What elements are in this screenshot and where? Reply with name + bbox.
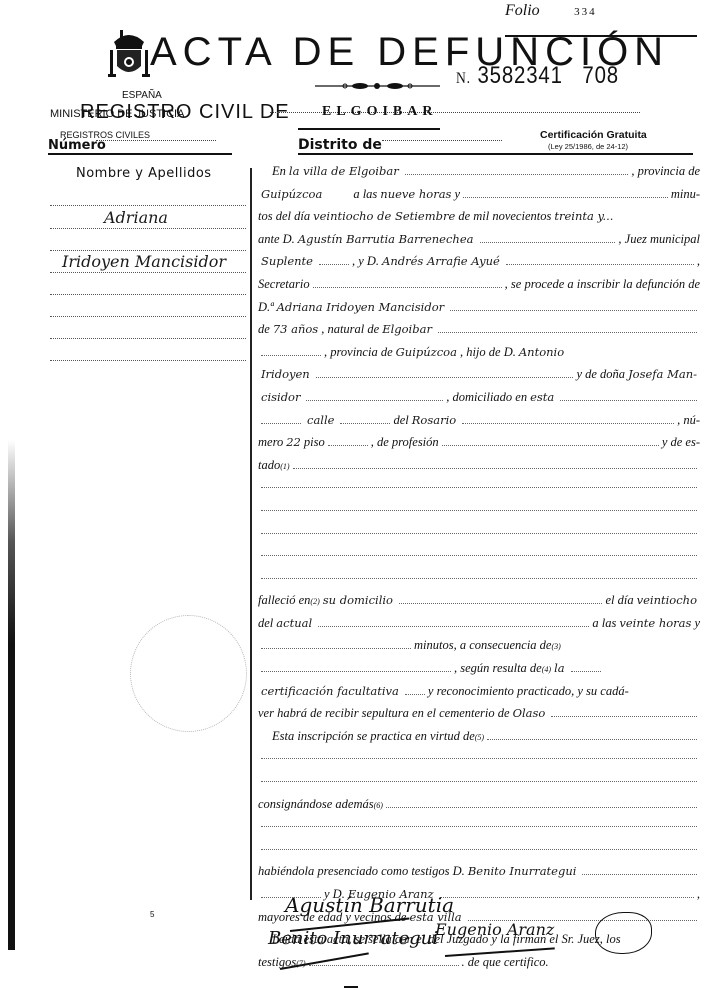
secretary-signature-flourish: [595, 912, 652, 954]
body-line: habiéndola presenciado como testigos D. …: [258, 860, 700, 883]
ornament-divider: [315, 82, 440, 90]
body-line: ver habrá de recibir sepultura en el cem…: [258, 702, 700, 725]
left-header-rule: [48, 153, 232, 155]
distrito-field: [382, 140, 502, 141]
serial-value: 3582341: [477, 62, 562, 89]
body-line: mero 22 piso , de profesión y de es-: [258, 431, 700, 454]
name-column-header: Nombre y Apellidos: [76, 166, 212, 181]
witness2-signature: Eugenio Aranz: [435, 920, 554, 939]
name-line: [50, 316, 246, 317]
page-mark: [344, 986, 358, 988]
body-line: de 73 años , natural de Elgoibar: [258, 318, 700, 341]
body-line: consignándose además (6): [258, 793, 700, 816]
deceased-surnames: Iridoyen Mancisidor: [62, 252, 226, 271]
body-line: [258, 499, 700, 522]
name-line: [50, 360, 246, 361]
body-line: , según resulta de (4) la: [258, 657, 700, 680]
body-line: Guipúzcoa a las nueve horas y minu-: [258, 183, 700, 206]
body-line: [258, 838, 700, 861]
folio-value: 334: [574, 6, 597, 18]
body-line: minutos, a consecuencia de (3): [258, 634, 700, 657]
registro-civil-label: REGISTRO CIVIL DE: [80, 101, 290, 124]
body-line: [258, 567, 700, 590]
body-line: [258, 522, 700, 545]
body-line: cisidor , domiciliado en esta: [258, 386, 700, 409]
handwritten-place: la villa de Elgoibar: [286, 160, 402, 183]
body-line: Suplente , y D. Andrés Arrafie Ayué ,: [258, 250, 700, 273]
name-line: [50, 272, 246, 273]
name-line: [50, 228, 246, 229]
ley-label: (Ley 25/1986, de 24-12): [548, 142, 628, 151]
body-line: calle del Rosario , nú-: [258, 409, 700, 432]
serial-number: N. 3582341 708: [456, 62, 619, 90]
body-line: testigos (7) . de que certifico.: [258, 951, 700, 974]
faded-stamp: [130, 615, 247, 732]
body-line: Secretario , se procede a inscribir la d…: [258, 273, 700, 296]
body-line: D.ª Adriana Iridoyen Mancisidor: [258, 296, 700, 319]
folio-label: Folio: [505, 2, 540, 19]
body-line: falleció en (2) su domicilio el día vein…: [258, 589, 700, 612]
body-line: ante D. Agustín Barrutia Barrenechea , J…: [258, 228, 700, 251]
serial-prefix: N.: [456, 70, 471, 87]
body-line: tos del día veintiocho de Setiembre de m…: [258, 205, 700, 228]
body-line: [258, 476, 700, 499]
name-line: [50, 338, 246, 339]
body-line: [258, 770, 700, 793]
margin-mark: 5: [150, 910, 154, 919]
registro-rule: [298, 128, 440, 130]
coat-of-arms-icon: [108, 28, 150, 80]
body-line: [258, 815, 700, 838]
body-line: tado (1): [258, 454, 700, 477]
body-line: , provincia de Guipúzcoa , hijo de D. An…: [258, 341, 700, 364]
body-line: del actual a las veinte horas y: [258, 612, 700, 635]
name-line: [50, 205, 246, 206]
body-line: Iridoyen y de doña Josefa Man-: [258, 363, 700, 386]
numero-field: [96, 140, 216, 141]
deceased-first-name: Adriana: [104, 208, 168, 227]
certificacion-label: Certificación Gratuita: [540, 129, 647, 141]
body-line: certificación facultativa y reconocimien…: [258, 680, 700, 703]
column-divider: [250, 168, 252, 900]
distrito-label: Distrito de: [298, 137, 382, 153]
body-line: [258, 747, 700, 770]
body-line: [258, 544, 700, 567]
registro-value: ELGOIBAR: [322, 104, 437, 120]
witness1-signature: Benito Inurrategui: [268, 928, 438, 949]
serial-suffix: 708: [582, 62, 619, 89]
scan-edge: [8, 440, 15, 950]
judge-signature: Agustín Barrutia: [285, 893, 454, 917]
certificate-body: En la villa de Elgoibar , provincia de G…: [258, 160, 700, 973]
body-line: Esta inscripción se practica en virtud d…: [258, 725, 700, 748]
folio: Folio 334: [505, 2, 597, 20]
body-line: En la villa de Elgoibar , provincia de: [258, 160, 700, 183]
right-header-rule: [298, 153, 693, 155]
espana-label: ESPAÑA: [122, 90, 162, 101]
name-line: [50, 294, 246, 295]
name-line: [50, 250, 246, 251]
